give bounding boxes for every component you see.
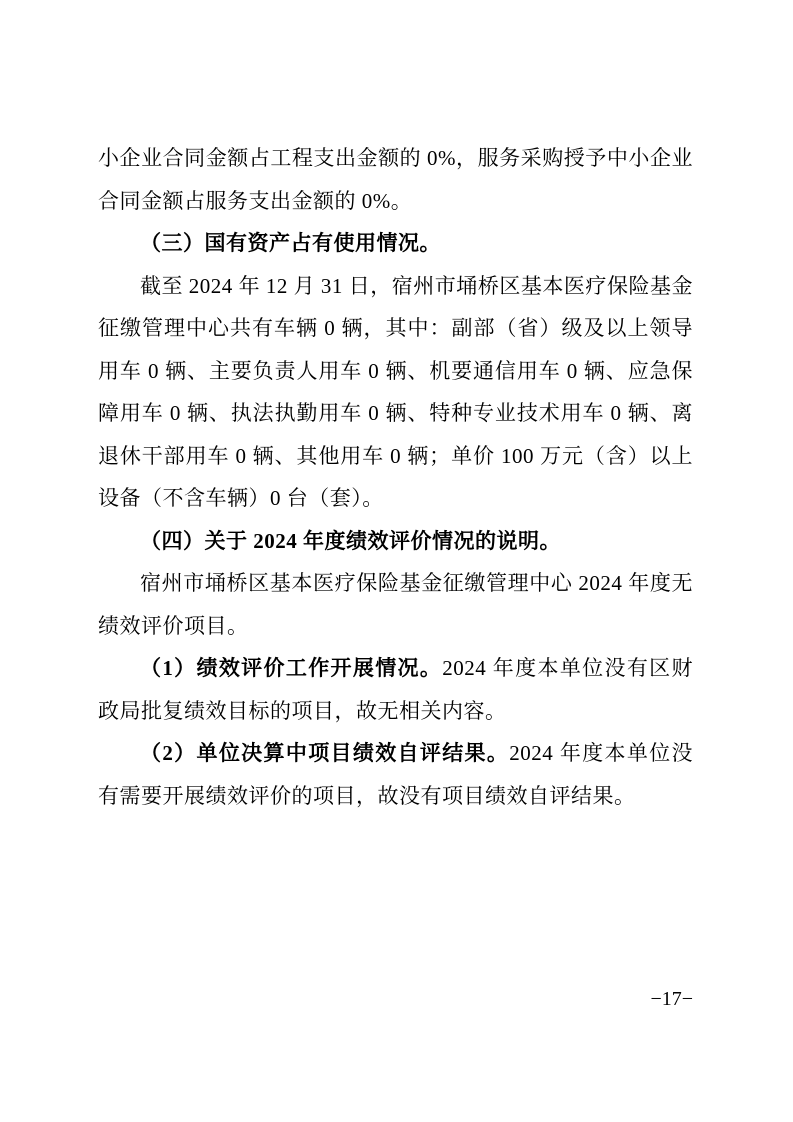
section-heading-text: （四）关于 2024 年度绩效评价情况的说明。 [140, 529, 561, 553]
page-number: −17− [650, 988, 693, 1010]
paragraph-no-performance-evaluation: 宿州市埇桥区基本医疗保险基金征缴管理中心 2024 年度无绩效评价项目。 [98, 562, 693, 647]
paragraph-text: 小企业合同金额占工程支出金额的 0%，服务采购授予中小企业合同金额占服务支出金额… [98, 146, 693, 213]
paragraph-evaluation-work: （1）绩效评价工作开展情况。2024 年度本单位没有区财政局批复绩效目标的项目，… [98, 647, 693, 732]
section-heading-4: （四）关于 2024 年度绩效评价情况的说明。 [98, 520, 693, 563]
paragraph-text: 截至 2024 年 12 月 31 日，宿州市埇桥区基本医疗保险基金征缴管理中心… [98, 274, 693, 511]
page-footer: −17− [98, 988, 693, 1010]
paragraph-smb-contract-share: 小企业合同金额占工程支出金额的 0%，服务采购授予中小企业合同金额占服务支出金额… [98, 137, 693, 222]
paragraph-lead-bold: （1）绩效评价工作开展情况。 [140, 656, 442, 680]
paragraph-state-assets: 截至 2024 年 12 月 31 日，宿州市埇桥区基本医疗保险基金征缴管理中心… [98, 265, 693, 520]
document-body: 小企业合同金额占工程支出金额的 0%，服务采购授予中小企业合同金额占服务支出金额… [98, 137, 693, 817]
section-heading-3: （三）国有资产占有使用情况。 [98, 222, 693, 265]
document-page: 小企业合同金额占工程支出金额的 0%，服务采购授予中小企业合同金额占服务支出金额… [0, 0, 793, 1122]
paragraph-text: 宿州市埇桥区基本医疗保险基金征缴管理中心 2024 年度无绩效评价项目。 [98, 571, 693, 638]
section-heading-text: （三）国有资产占有使用情况。 [140, 231, 441, 255]
paragraph-lead-bold: （2）单位决算中项目绩效自评结果。 [140, 741, 509, 765]
paragraph-self-evaluation-result: （2）单位决算中项目绩效自评结果。2024 年度本单位没有需要开展绩效评价的项目… [98, 732, 693, 817]
